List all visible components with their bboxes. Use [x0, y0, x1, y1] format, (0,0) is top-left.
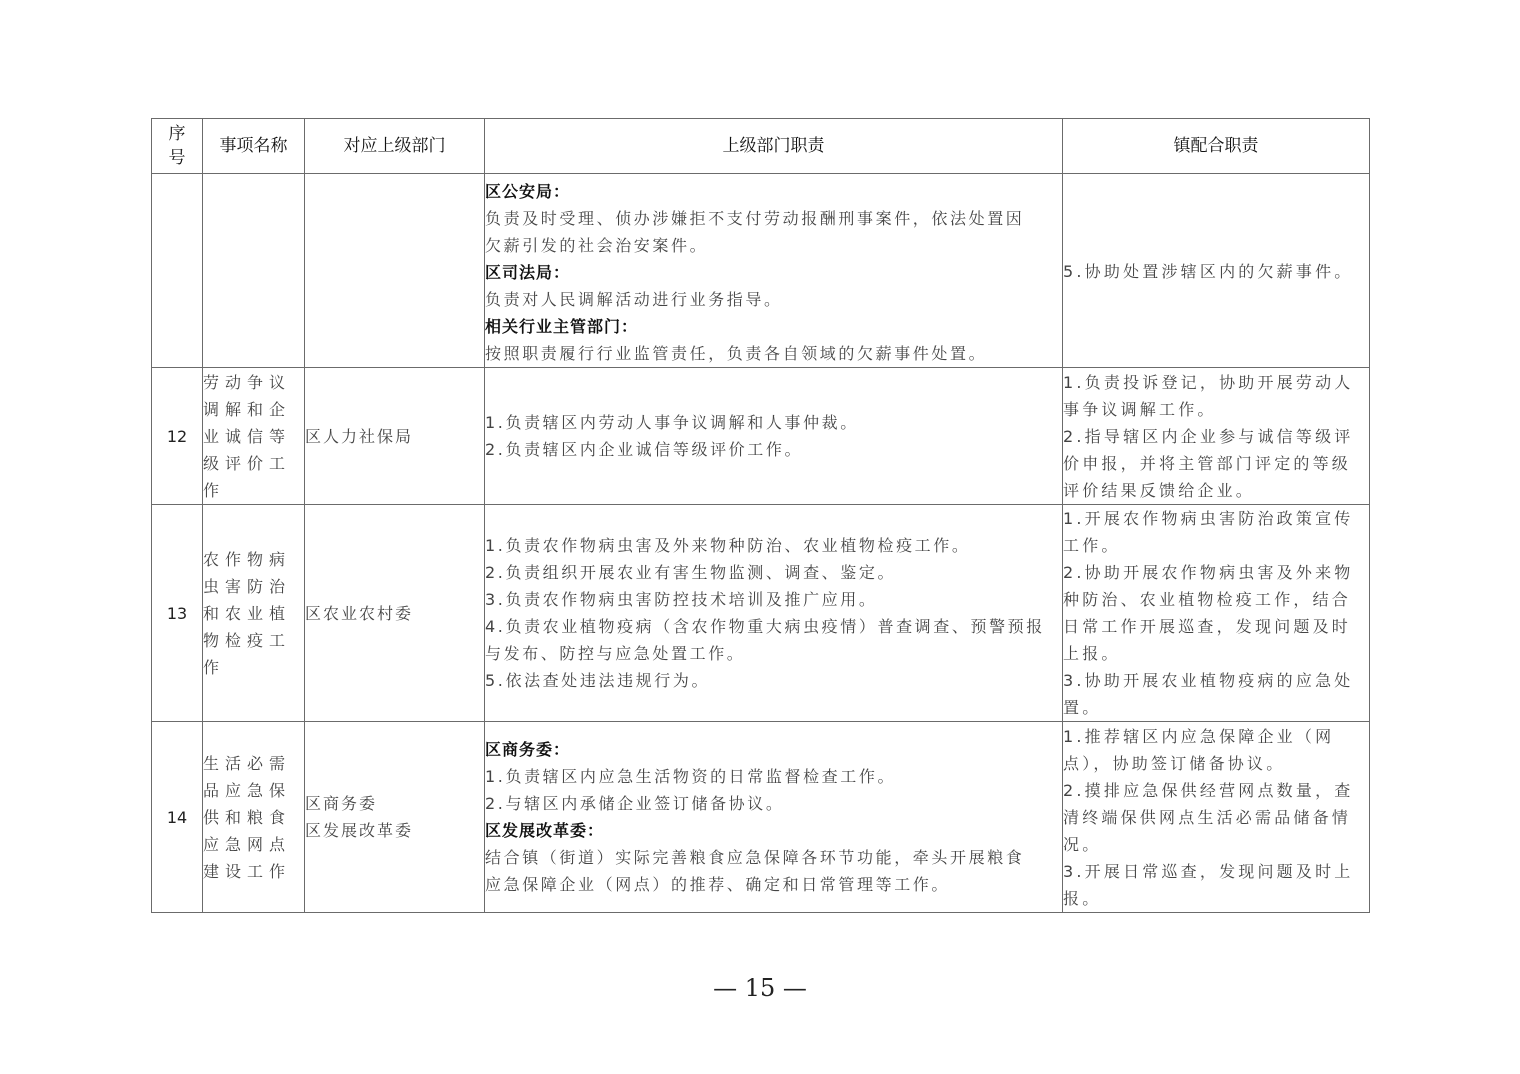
town-text: 日常工作开展巡查，发现问题及时: [1063, 613, 1369, 640]
town-text: 置。: [1063, 694, 1369, 721]
duty-text: 与发布、防控与应急处置工作。: [485, 640, 1062, 667]
town-text: 2.指导辖区内企业参与诚信等级评: [1063, 423, 1369, 450]
town-text: 1.负责投诉登记，协助开展劳动人: [1063, 369, 1369, 396]
duty-text: 1.负责农作物病虫害及外来物种防治、农业植物检疫工作。: [485, 532, 1062, 559]
table-header-row: 序 号 事项名称 对应上级部门 上级部门职责 镇配合职责: [152, 119, 1370, 174]
duty-heading: 区商务委：: [485, 736, 1062, 763]
town-text: 3.协助开展农业植物疫病的应急处: [1063, 667, 1369, 694]
row-town: 1.推荐辖区内应急保障企业（网 点），协助签订储备协议。 2.摸排应急保供经营网…: [1063, 722, 1370, 913]
header-name: 事项名称: [203, 119, 305, 174]
row-no: 13: [152, 505, 203, 722]
duty-heading: 区司法局：: [485, 259, 1062, 286]
town-text: 1.推荐辖区内应急保障企业（网: [1063, 723, 1369, 750]
town-text: 报。: [1063, 885, 1369, 912]
row-dept: [305, 174, 485, 368]
table-row: 区公安局： 负责及时受理、侦办涉嫌拒不支付劳动报酬刑事案件，依法处置因 欠薪引发…: [152, 174, 1370, 368]
table-row: 13 农作物病虫害防治和农业植物检疫工作 区农业农村委 1.负责农作物病虫害及外…: [152, 505, 1370, 722]
duty-heading: 区公安局：: [485, 178, 1062, 205]
town-text: 价申报，并将主管部门评定的等级: [1063, 450, 1369, 477]
town-text: 上报。: [1063, 640, 1369, 667]
town-text: 事争议调解工作。: [1063, 396, 1369, 423]
row-name: 生活必需品应急保供和粮食应急网点建设工作: [203, 722, 305, 913]
duty-text: 结合镇（街道）实际完善粮食应急保障各环节功能，牵头开展粮食: [485, 844, 1062, 871]
town-text: 评价结果反馈给企业。: [1063, 477, 1369, 504]
town-text: 3.开展日常巡查，发现问题及时上: [1063, 858, 1369, 885]
row-town: 1.负责投诉登记，协助开展劳动人 事争议调解工作。 2.指导辖区内企业参与诚信等…: [1063, 368, 1370, 505]
row-duty: 1.负责农作物病虫害及外来物种防治、农业植物检疫工作。 2.负责组织开展农业有害…: [485, 505, 1063, 722]
header-no: 序 号: [152, 119, 203, 174]
row-duty: 1.负责辖区内劳动人事争议调解和人事仲裁。 2.负责辖区内企业诚信等级评价工作。: [485, 368, 1063, 505]
duty-text: 3.负责农作物病虫害防控技术培训及推广应用。: [485, 586, 1062, 613]
row-no: 12: [152, 368, 203, 505]
town-text: 清终端保供网点生活必需品储备情: [1063, 804, 1369, 831]
town-text: 5.协助处置涉辖区内的欠薪事件。: [1063, 258, 1369, 285]
row-dept: 区农业农村委: [305, 505, 485, 722]
row-duty: 区公安局： 负责及时受理、侦办涉嫌拒不支付劳动报酬刑事案件，依法处置因 欠薪引发…: [485, 174, 1063, 368]
responsibility-table: 序 号 事项名称 对应上级部门 上级部门职责 镇配合职责 区公安局： 负责及时受…: [151, 118, 1370, 913]
town-text: 1.开展农作物病虫害防治政策宣传: [1063, 505, 1369, 532]
duty-text: 2.负责组织开展农业有害生物监测、调查、鉴定。: [485, 559, 1062, 586]
duty-text: 1.负责辖区内应急生活物资的日常监督检查工作。: [485, 763, 1062, 790]
duty-text: 5.依法查处违法违规行为。: [485, 667, 1062, 694]
row-name: 劳动争议调解和企业诚信等级评价工作: [203, 368, 305, 505]
row-no: [152, 174, 203, 368]
duty-text: 负责及时受理、侦办涉嫌拒不支付劳动报酬刑事案件，依法处置因: [485, 205, 1062, 232]
duty-text: 应急保障企业（网点）的推荐、确定和日常管理等工作。: [485, 871, 1062, 898]
duty-heading: 区发展改革委：: [485, 817, 1062, 844]
duty-heading: 相关行业主管部门：: [485, 313, 1062, 340]
town-text: 点），协助签订储备协议。: [1063, 750, 1369, 777]
table-row: 14 生活必需品应急保供和粮食应急网点建设工作 区商务委 区发展改革委 区商务委…: [152, 722, 1370, 913]
row-town: 5.协助处置涉辖区内的欠薪事件。: [1063, 174, 1370, 368]
row-dept: 区商务委 区发展改革委: [305, 722, 485, 913]
table-row: 12 劳动争议调解和企业诚信等级评价工作 区人力社保局 1.负责辖区内劳动人事争…: [152, 368, 1370, 505]
town-text: 2.摸排应急保供经营网点数量，查: [1063, 777, 1369, 804]
row-town: 1.开展农作物病虫害防治政策宣传 工作。 2.协助开展农作物病虫害及外来物 种防…: [1063, 505, 1370, 722]
duty-text: 1.负责辖区内劳动人事争议调解和人事仲裁。: [485, 409, 1062, 436]
duty-text: 2.负责辖区内企业诚信等级评价工作。: [485, 436, 1062, 463]
town-text: 2.协助开展农作物病虫害及外来物: [1063, 559, 1369, 586]
row-no: 14: [152, 722, 203, 913]
town-text: 况。: [1063, 831, 1369, 858]
header-town: 镇配合职责: [1063, 119, 1370, 174]
duty-text: 负责对人民调解活动进行业务指导。: [485, 286, 1062, 313]
header-dept: 对应上级部门: [305, 119, 485, 174]
duty-text: 2.与辖区内承储企业签订储备协议。: [485, 790, 1062, 817]
row-name: [203, 174, 305, 368]
page-number: — 15 —: [0, 974, 1520, 1002]
duty-text: 欠薪引发的社会治安案件。: [485, 232, 1062, 259]
duty-text: 按照职责履行行业监管责任，负责各自领域的欠薪事件处置。: [485, 340, 1062, 367]
town-text: 种防治、农业植物检疫工作，结合: [1063, 586, 1369, 613]
duty-text: 4.负责农业植物疫病（含农作物重大病虫疫情）普查调查、预警预报: [485, 613, 1062, 640]
town-text: 工作。: [1063, 532, 1369, 559]
row-dept: 区人力社保局: [305, 368, 485, 505]
row-duty: 区商务委： 1.负责辖区内应急生活物资的日常监督检查工作。 2.与辖区内承储企业…: [485, 722, 1063, 913]
row-name: 农作物病虫害防治和农业植物检疫工作: [203, 505, 305, 722]
header-duty: 上级部门职责: [485, 119, 1063, 174]
